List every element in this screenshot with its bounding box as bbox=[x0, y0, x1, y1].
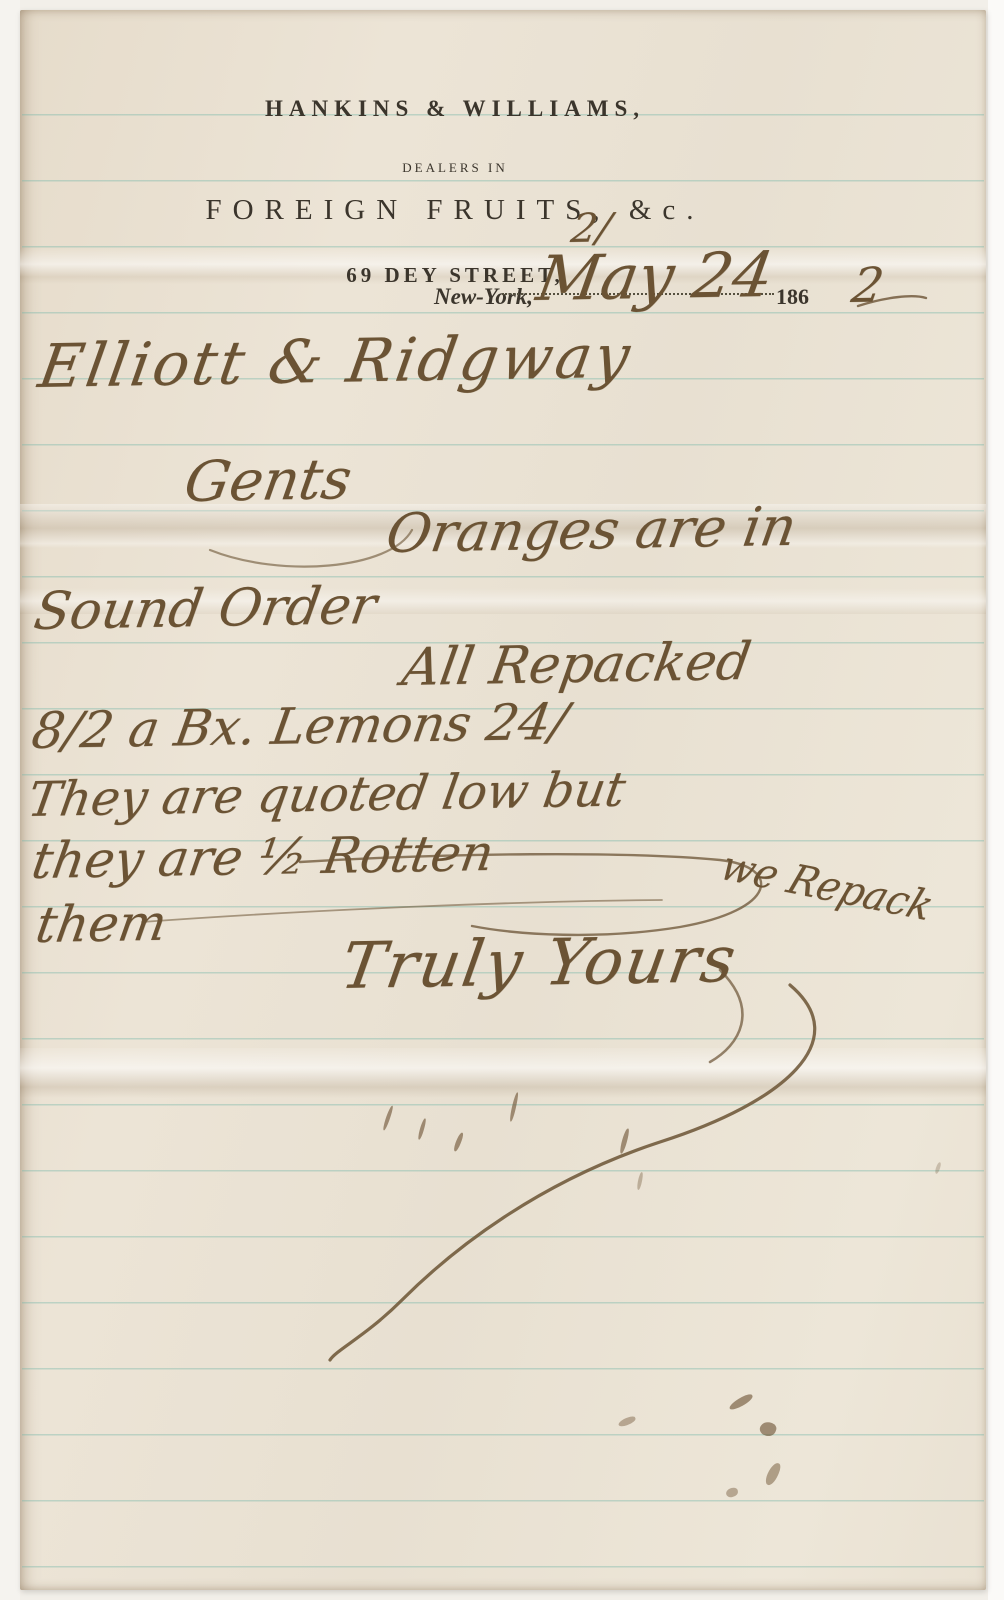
ink-spatter bbox=[417, 1118, 427, 1140]
fold-crease bbox=[20, 1048, 986, 1098]
body-line: Oranges are in bbox=[382, 495, 801, 565]
ink-spatter bbox=[934, 1162, 941, 1175]
letterhead: HANKINS & WILLIAMS, DEALERS IN FOREIGN F… bbox=[30, 10, 880, 110]
salutation: Gents bbox=[180, 447, 356, 515]
recipient-line: Elliott & Ridgway bbox=[34, 322, 637, 402]
ink-spatter bbox=[725, 1487, 738, 1498]
letter-paper: HANKINS & WILLIAMS, DEALERS IN FOREIGN F… bbox=[20, 10, 986, 1590]
scanned-letter-page: { "document": { "kind": "handwritten bus… bbox=[0, 0, 1004, 1600]
printed-year: 186 bbox=[776, 284, 809, 310]
closing-signature: Truly Yours bbox=[336, 923, 742, 1004]
body-line: we Repack bbox=[714, 843, 940, 930]
ink-spatter bbox=[764, 1461, 783, 1487]
ink-spatter bbox=[636, 1172, 643, 1190]
company-name: HANKINS & WILLIAMS, bbox=[30, 96, 880, 122]
body-line: Sound Order bbox=[30, 576, 381, 642]
ink-spatter bbox=[758, 1420, 778, 1439]
dateline-place: New-York, bbox=[434, 284, 533, 310]
body-line: them bbox=[32, 894, 171, 954]
ink-spatter bbox=[382, 1105, 394, 1131]
handwritten-date: May 24 bbox=[532, 238, 778, 315]
body-line: They are quoted low but bbox=[24, 762, 629, 828]
ink-spatter bbox=[617, 1415, 636, 1428]
ink-spatter bbox=[509, 1092, 519, 1122]
ink-spatter bbox=[728, 1392, 755, 1411]
ink-spatter bbox=[453, 1132, 465, 1153]
body-line: 8/2 a Bx. Lemons 24/ bbox=[28, 693, 572, 760]
body-line: All Repacked bbox=[398, 632, 755, 698]
dealers-line: DEALERS IN bbox=[30, 160, 880, 176]
business-line: FOREIGN FRUITS, &c. bbox=[30, 194, 880, 227]
ink-spatter bbox=[619, 1128, 630, 1154]
body-line: they are ½ Rotten bbox=[28, 824, 498, 890]
